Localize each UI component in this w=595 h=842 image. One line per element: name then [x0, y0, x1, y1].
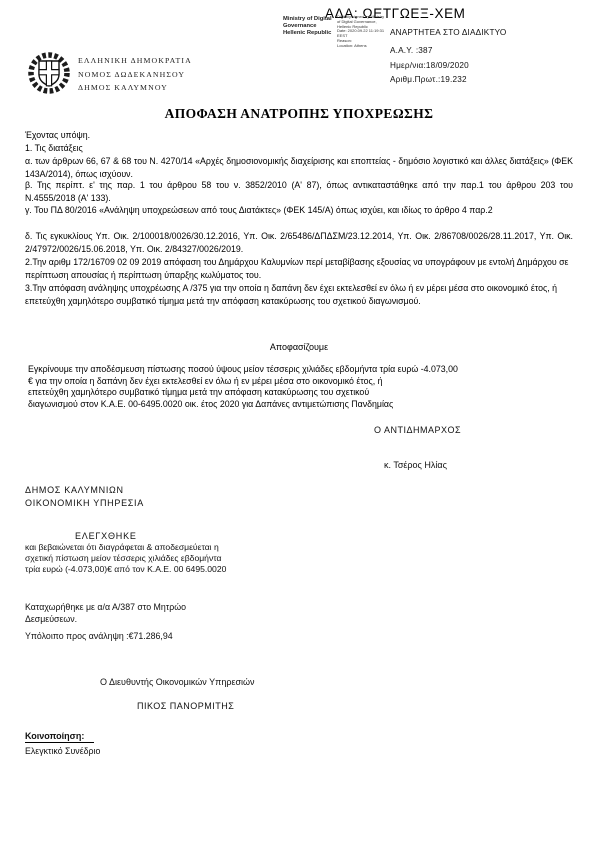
- item-1c: γ. Του ΠΔ 80/2016 «Ανάληψη υποχρεώσεων α…: [25, 204, 573, 217]
- item-1d: δ. Τις εγκυκλίους Υπ. Οικ. 2/100018/0026…: [25, 230, 573, 256]
- finance-director-title: Ο Διευθυντής Οικονομικών Υπηρεσιών: [100, 677, 255, 687]
- authority-line: ΝΟΜΟΣ ΔΩΔΕΚΑΝΗΣΟΥ: [78, 68, 192, 82]
- item-1a: α. των άρθρων 66, 67 & 68 του Ν. 4270/14…: [25, 155, 573, 181]
- document-page: ΑΔΑ: ΩΕΤΓΩΕΞ-ΧΕΜ Ministry of Digital Gov…: [0, 0, 595, 842]
- deputy-mayor-name: κ. Τσέρος Ηλίας: [384, 460, 447, 470]
- registry-note: Καταχωρήθηκε με α/α Α/387 στο Μητρώο Δεσ…: [25, 602, 355, 625]
- finance-director-name: ΠΙΚΟΣ ΠΑΝΟΡΜΙΤΗΣ: [137, 701, 234, 711]
- finance-service-header: ΔΗΜΟΣ ΚΑΛΥΜΝΙΩΝ ΟΙΚΟΝΟΜΙΚΗ ΥΠΗΡΕΣΙΑ: [25, 484, 144, 510]
- internet-publication-label: ΑΝΑΡΤΗΤΕΑ ΣΤΟ ΔΙΑΔΙΚΤΥΟ: [390, 28, 580, 37]
- decision-paragraph: Εγκρίνουμε την αποδέσμευση πίστωσης ποσο…: [28, 364, 528, 410]
- preamble-intro: Έχοντας υπόψη.: [25, 129, 573, 142]
- aay-number: Α.Α.Υ. :387: [390, 46, 580, 55]
- authority-line: ΔΗΜΟΣ ΚΑΛΥΜΝΟΥ: [78, 81, 192, 95]
- protocol-number: Αριθμ.Πρωτ.:19.232: [390, 75, 580, 84]
- item-3: 3.Την απόφαση ανάληψης υποχρέωσης Α /375…: [25, 282, 573, 308]
- checked-statement: και βεβαιώνεται ότι διαγράφεται & αποδεσ…: [25, 542, 355, 575]
- deputy-mayor-title: Ο ΑΝΤΙΔΗΜΑΡΧΟΣ: [374, 425, 461, 435]
- distribution-label: Κοινοποίηση:: [25, 731, 94, 743]
- distribution-recipient: Ελεγκτικό Συνέδριο: [25, 746, 100, 756]
- item-1: 1. Τις διατάξεις: [25, 142, 573, 155]
- remaining-balance: Υπόλοιπο προς ανάληψη :€71.286,94: [25, 631, 173, 641]
- item-1b: β. Της περίπτ. ε' της παρ. 1 του άρθρου …: [25, 179, 573, 205]
- decision-heading: Αποφασίζουμε: [25, 342, 573, 352]
- document-date: Ημερ/νια:18/09/2020: [390, 61, 580, 70]
- item-2: 2.Την αριθμ 172/16709 02 09 2019 απόφαση…: [25, 256, 573, 282]
- authority-header: ΕΛΛΗΝΙΚΗ ΔΗΜΟΚΡΑΤΙΑ ΝΟΜΟΣ ΔΩΔΕΚΑΝΗΣΟΥ ΔΗ…: [78, 54, 192, 95]
- checked-heading: ΕΛΕΓΧΘΗΚΕ: [75, 531, 137, 541]
- document-title: ΑΠΟΦΑΣΗ ΑΝΑΤΡΟΠΗΣ ΥΠΟΧΡΕΩΣΗΣ: [25, 106, 573, 122]
- greek-coat-of-arms-icon: [26, 50, 72, 101]
- authority-line: ΕΛΛΗΝΙΚΗ ΔΗΜΟΚΡΑΤΙΑ: [78, 54, 192, 68]
